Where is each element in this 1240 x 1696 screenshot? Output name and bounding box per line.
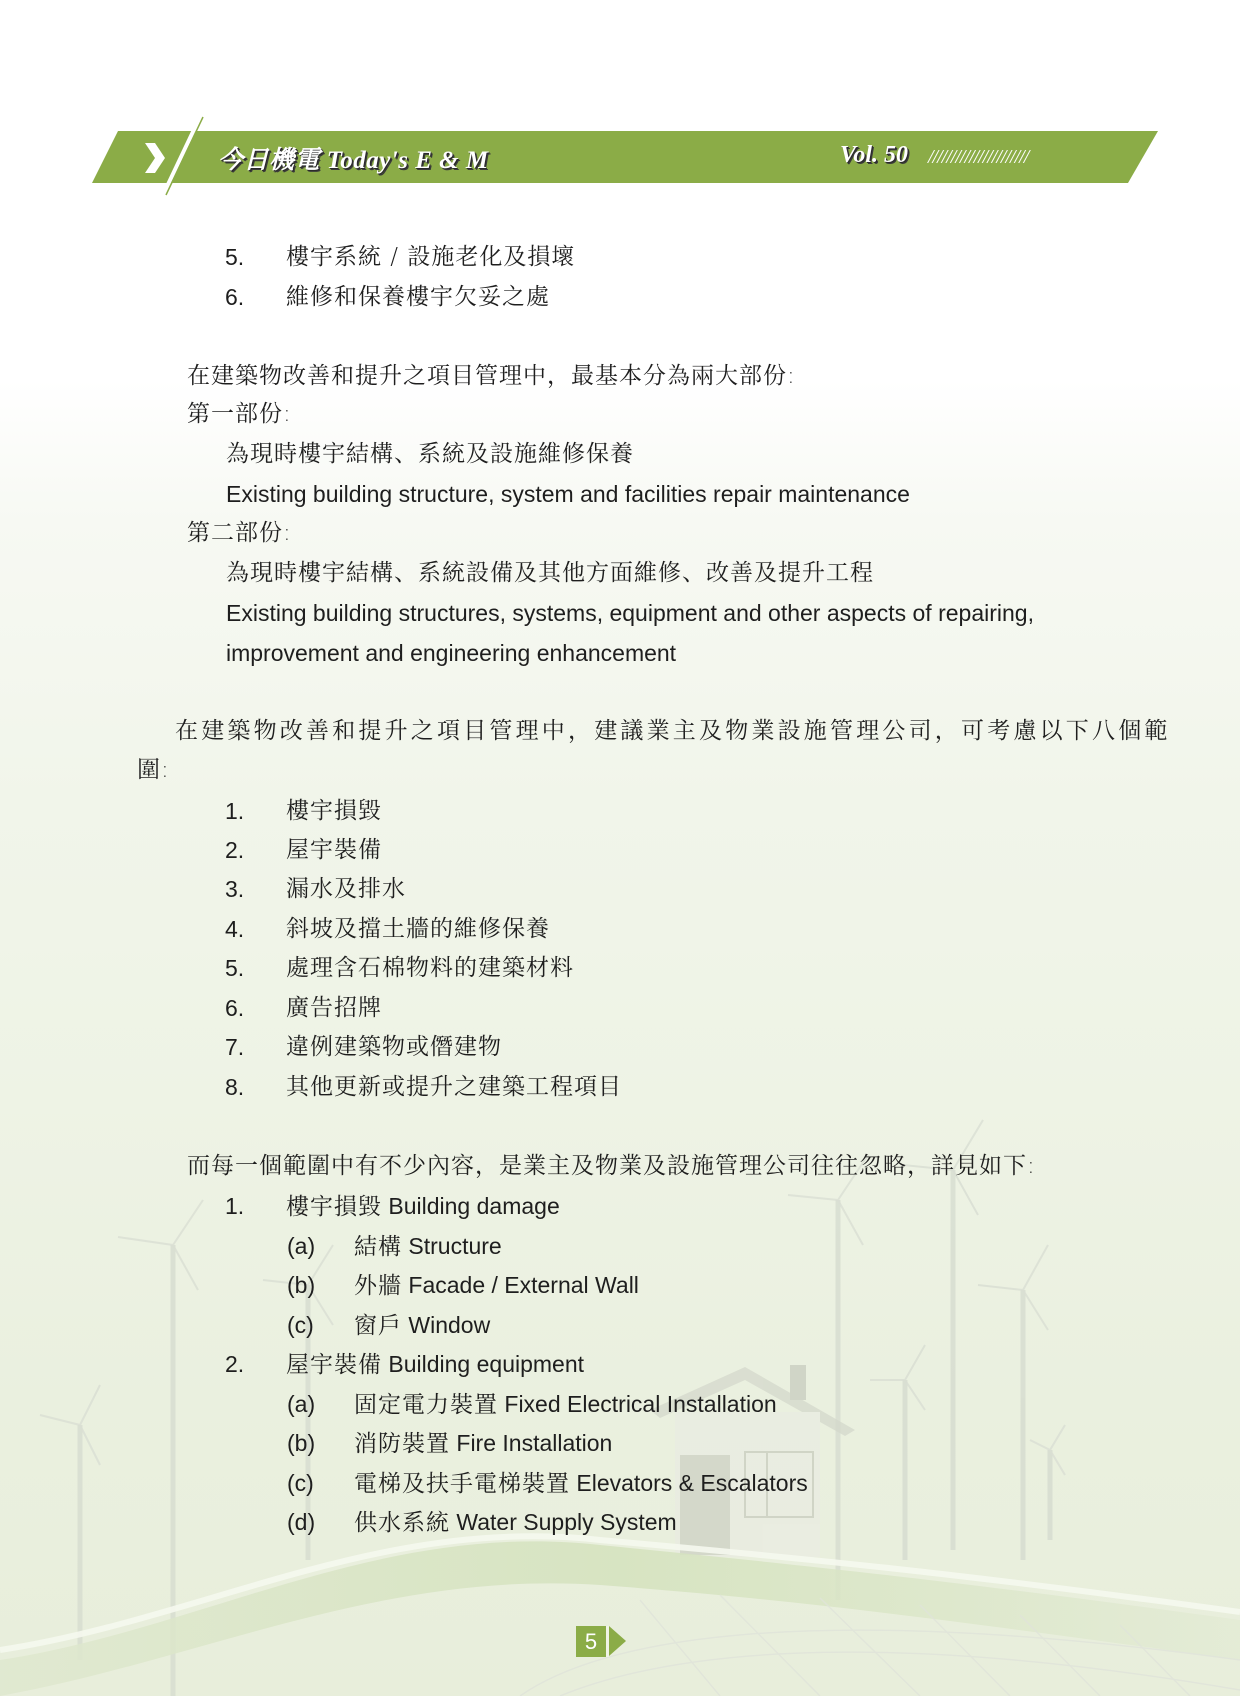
subitem-zh: 供水系統: [354, 1510, 450, 1536]
subitem-label: (a): [287, 1231, 315, 1261]
group-title-en: Building equipment: [388, 1351, 584, 1377]
subitem-zh: 固定電力裝置: [354, 1392, 498, 1418]
parts-intro-paragraph: 在建築物改善和提升之項目管理中，最基本分為兩大部份:: [187, 361, 796, 391]
subitem-zh: 結構: [354, 1234, 402, 1260]
subitem-text: 固定電力裝置 Fixed Electrical Installation: [354, 1389, 777, 1419]
subitem-en: Elevators & Escalators: [576, 1470, 807, 1496]
subitem-zh: 消防裝置: [354, 1431, 450, 1457]
subitem-label: (b): [287, 1428, 315, 1458]
scope-intro-line2: 圍:: [137, 755, 170, 785]
triangle-right-icon: [609, 1626, 626, 1656]
subitem-zh: 電梯及扶手電梯裝置: [354, 1471, 570, 1497]
scope-item: 斜坡及擋土牆的維修保養: [286, 914, 550, 944]
part1-zh-description: 為現時樓宇結構、系統及設施維修保養: [226, 439, 634, 469]
scope-number: 3.: [225, 874, 244, 904]
part2-zh-description: 為現時樓宇結構、系統設備及其他方面維修、改善及提升工程: [226, 558, 874, 588]
scope-number: 5.: [225, 953, 244, 983]
subitem-label: (d): [287, 1507, 315, 1537]
subitem-en: Facade / External Wall: [408, 1272, 639, 1298]
scope-number: 7.: [225, 1032, 244, 1062]
scope-number: 6.: [225, 993, 244, 1023]
subitem-label: (a): [287, 1389, 315, 1419]
scope-item: 屋宇裝備: [286, 835, 382, 865]
scope-number: 2.: [225, 835, 244, 865]
subitem-en: Window: [408, 1312, 490, 1338]
subitem-text: 供水系統 Water Supply System: [354, 1507, 677, 1537]
list-number: 6.: [225, 282, 244, 312]
subitem-en: Fixed Electrical Installation: [504, 1391, 776, 1417]
subitem-en: Water Supply System: [456, 1509, 676, 1535]
scope-item: 廣告招牌: [286, 993, 382, 1023]
scope-number: 1.: [225, 796, 244, 826]
group-number: 2.: [225, 1349, 244, 1379]
subitem-zh: 外牆: [354, 1273, 402, 1299]
part1-label: 第一部份:: [187, 399, 292, 429]
scope-intro-line1: 在建築物改善和提升之項目管理中，建議業主及物業設施管理公司，可考慮以下八個範: [175, 716, 1171, 746]
subitem-text: 結構 Structure: [354, 1231, 502, 1261]
group-title: 樓宇損毀 Building damage: [286, 1191, 560, 1221]
subitem-text: 消防裝置 Fire Installation: [354, 1428, 612, 1458]
scope-item: 其他更新或提升之建築工程項目: [286, 1072, 622, 1102]
subitem-text: 電梯及扶手電梯裝置 Elevators & Escalators: [354, 1468, 808, 1498]
scope-item: 處理含石棉物料的建築材料: [286, 953, 574, 983]
subitem-label: (c): [287, 1310, 314, 1340]
group-title-zh: 屋宇裝備: [286, 1352, 382, 1378]
part1-en-description: Existing building structure, system and …: [226, 479, 910, 509]
details-intro-paragraph: 而每一個範圍中有不少內容，是業主及物業及設施管理公司往往忽略，詳見如下:: [187, 1151, 1036, 1181]
subitem-zh: 窗戶: [354, 1313, 402, 1339]
list-number: 5.: [225, 242, 244, 272]
group-number: 1.: [225, 1191, 244, 1221]
scope-number: 8.: [225, 1072, 244, 1102]
group-title-en: Building damage: [388, 1193, 559, 1219]
group-title-zh: 樓宇損毀: [286, 1194, 382, 1220]
scope-item: 漏水及排水: [286, 874, 406, 904]
page-number: 5: [576, 1626, 606, 1657]
group-title: 屋宇裝備 Building equipment: [286, 1349, 584, 1379]
subitem-en: Fire Installation: [456, 1430, 612, 1456]
scope-number: 4.: [225, 914, 244, 944]
article-body: 5. 樓宇系統 / 設施老化及損壞 6. 維修和保養樓宇欠妥之處 在建築物改善和…: [0, 0, 1240, 1696]
subitem-label: (c): [287, 1468, 314, 1498]
scope-item: 違例建築物或僭建物: [286, 1032, 502, 1062]
subitem-en: Structure: [408, 1233, 501, 1259]
list-item-text: 維修和保養樓宇欠妥之處: [286, 282, 550, 312]
subitem-label: (b): [287, 1270, 315, 1300]
part2-en-description-line2: improvement and engineering enhancement: [226, 638, 676, 668]
subitem-text: 窗戶 Window: [354, 1310, 490, 1340]
scope-item: 樓宇損毀: [286, 796, 382, 826]
list-item-text: 樓宇系統 / 設施老化及損壞: [286, 242, 575, 272]
part2-en-description-line1: Existing building structures, systems, e…: [226, 598, 1034, 628]
part2-label: 第二部份:: [187, 518, 292, 548]
subitem-text: 外牆 Facade / External Wall: [354, 1270, 639, 1300]
